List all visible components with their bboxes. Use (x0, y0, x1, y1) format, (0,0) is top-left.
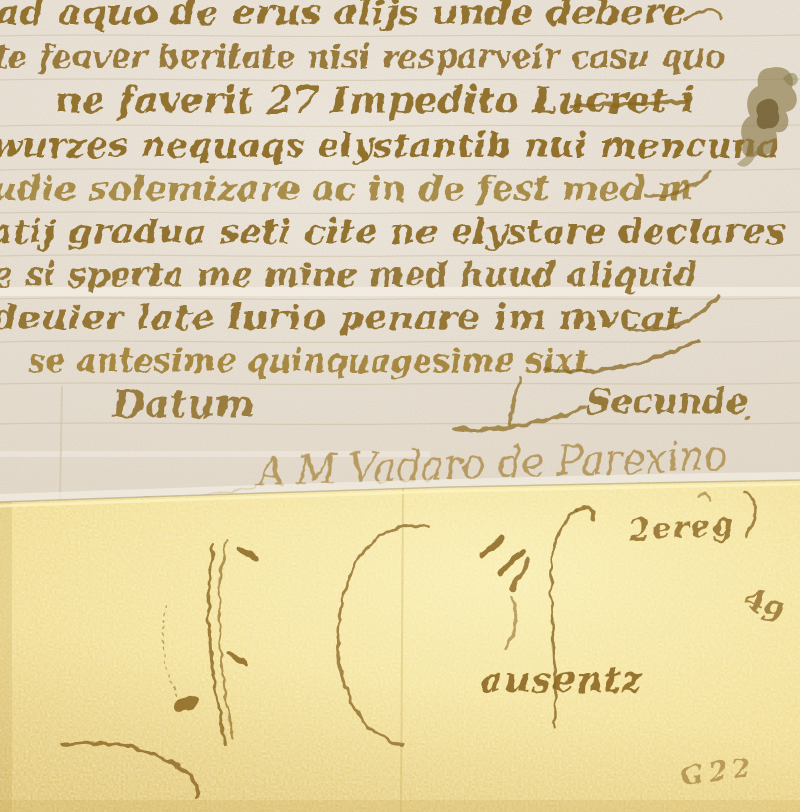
datum-word: Datum (111, 381, 255, 426)
manuscript-canvas: ad aquo de erus alijs unde debere te fea… (0, 0, 800, 812)
upper-parchment: ad aquo de erus alijs unde debere te fea… (0, 0, 800, 512)
script-line-9: se antesime quinquagesime sixt (27, 341, 588, 381)
script-line-6: atij gradua seti cite ne elystare declar… (0, 212, 785, 252)
vellum-bottom-edge-shade (0, 800, 800, 812)
manuscript-photo: ad aquo de erus alijs unde debere te fea… (0, 0, 800, 812)
script-line-4: wurzes nequaqs elystantib nui mencuna (0, 126, 780, 166)
vellum-left-edge-shade (0, 480, 12, 812)
script-line-8: deuier late lurio penare im mvcat (0, 298, 682, 338)
script-line-3: ne faverit 27 Impedito Lucret i (55, 78, 695, 122)
secunde-word: Secunde (586, 382, 748, 422)
lower-vellum: 2ereg 4g ausentz G22 (0, 470, 800, 812)
script-line-5: udie solemizare ac in de fest med m (0, 169, 694, 209)
script-line-1: ad aquo de erus alijs unde debere (0, 0, 686, 33)
script-line-2: te feaver beritate nisi resparveir casu … (0, 37, 726, 77)
vellum-word-top-right: 2ereg (627, 507, 736, 549)
vellum-word-center: ausentz (480, 659, 643, 701)
script-line-7: e si sperta me mine med huud aliquid (0, 255, 697, 295)
